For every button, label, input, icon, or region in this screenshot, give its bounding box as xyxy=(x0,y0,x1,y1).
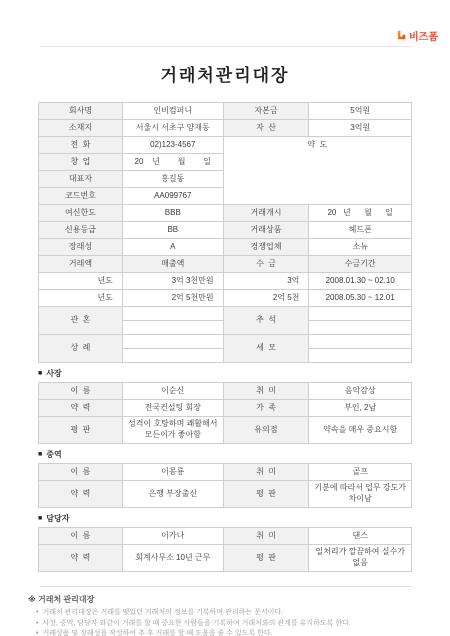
president-note-label: 유의점 xyxy=(223,417,309,444)
capital-label: 자본금 xyxy=(223,103,309,120)
executive-reputation-label: 평 판 xyxy=(223,481,309,508)
founded-label: 창 업 xyxy=(39,154,123,171)
gwanhon-blank-line xyxy=(122,321,223,335)
bizforms-logo-text: 비즈폼 xyxy=(409,28,438,43)
president-name-label: 이 름 xyxy=(39,383,123,400)
list-item: • 거래상품 및 장래성을 작성하여 추 후 거래를 할 때 도움을 줄 수 있… xyxy=(36,629,424,636)
bizforms-logo: 비즈폼 xyxy=(396,28,438,43)
prospect-label: 장래성 xyxy=(39,239,123,256)
code-value: AA099767 xyxy=(122,188,223,205)
credit-limit-label: 여신한도 xyxy=(39,205,123,222)
president-career-label: 약 력 xyxy=(39,400,123,417)
table-row: 이 름 이가나 취 미 댄스 xyxy=(39,528,412,545)
credit-rating-label: 신용등급 xyxy=(39,222,123,239)
founded-value: 20 년 월 일 xyxy=(122,154,223,171)
executive-hobby-label: 취 미 xyxy=(223,464,309,481)
section-header-manager: ■ 담당자 xyxy=(38,513,412,524)
executive-table: 이 름 이몽룡 취 미 골프 약 력 은행 부장출신 평 판 기분에 따라서 업… xyxy=(38,463,412,508)
president-name-value: 이순신 xyxy=(122,383,223,400)
year-collect-value: 2억 5천 xyxy=(223,290,309,307)
document-page: 비즈폼 거래처관리대장 회사명 인비컴퍼니 자본금 5억원 소재지 서울시 서초… xyxy=(0,0,450,636)
section-title: 담당자 xyxy=(46,513,69,524)
footer-heading: ※ 거래처 관리대장 xyxy=(28,594,424,605)
company-info-table: 회사명 인비컴퍼니 자본금 5억원 소재지 서울시 서초구 양재동 자 산 3억… xyxy=(38,102,412,363)
credit-limit-value: BBB xyxy=(122,205,223,222)
note-text: 거래처 관리대장은 거래를 맺었던 거래처의 정보를 기록하며 관리하는 문서이… xyxy=(42,608,283,619)
gwanhon-blank-line xyxy=(122,307,223,321)
table-row: 평 판 성격이 호탕하며 쾌활해서 모든이가 좋아함 유의점 약속을 매우 중요… xyxy=(39,417,412,444)
president-reputation-value: 성격이 호탕하며 쾌활해서 모든이가 좋아함 xyxy=(122,417,223,444)
company-name-label: 회사명 xyxy=(39,103,123,120)
gwanhon-label: 관 혼 xyxy=(39,307,123,335)
president-note-value: 약속을 매우 중요시함 xyxy=(309,417,412,444)
footer-notes-list: • 거래처 관리대장은 거래를 맺었던 거래처의 정보를 기록하며 관리하는 문… xyxy=(36,608,424,636)
trade-start-value: 20 년 월 일 xyxy=(309,205,412,222)
year-collect-value: 3억 xyxy=(223,273,309,290)
table-row: 여신한도 BBB 거래개시 20 년 월 일 xyxy=(39,205,412,222)
section-title: 사장 xyxy=(46,368,61,379)
semo-blank-line xyxy=(309,349,412,363)
competitor-value: 소뉴 xyxy=(309,239,412,256)
executive-career-value: 은행 부장출신 xyxy=(122,481,223,508)
manager-reputation-value: 일처리가 깔끔하여 실수가 없음 xyxy=(309,545,412,572)
square-bullet-icon: ■ xyxy=(38,451,42,458)
ceo-value: 홍길동 xyxy=(122,171,223,188)
year-label: 년도 xyxy=(39,290,123,307)
manager-table: 이 름 이가나 취 미 댄스 약 력 회계사무소 10년 근무 평 판 일처리가… xyxy=(38,527,412,572)
manager-name-value: 이가나 xyxy=(122,528,223,545)
collect-period-header: 수금기간 xyxy=(309,256,412,273)
year-label: 년도 xyxy=(39,273,123,290)
footer-heading-text: 거래처 관리대장 xyxy=(38,595,94,604)
list-item: • 거래처 관리대장은 거래를 맺었던 거래처의 정보를 기록하며 관리하는 문… xyxy=(36,608,424,619)
manager-reputation-label: 평 판 xyxy=(223,545,309,572)
trade-amount-header: 거래액 xyxy=(39,256,123,273)
page-title: 거래처관리대장 xyxy=(0,61,450,86)
sangrye-label: 상 례 xyxy=(39,335,123,363)
note-text: 사장, 중역, 담당자 와같이 거래를 할 때 중요한 사람들을 기록하여 거래… xyxy=(42,619,350,630)
manager-name-label: 이 름 xyxy=(39,528,123,545)
chuseok-blank-line xyxy=(309,321,412,335)
code-label: 코드번호 xyxy=(39,188,123,205)
year-row: 년도 2억 5천만원 2억 5천 2008.05.30 ~ 12.01 xyxy=(39,290,412,307)
trade-start-label: 거래개시 xyxy=(223,205,309,222)
header-divider xyxy=(40,46,412,47)
address-label: 소재지 xyxy=(39,120,123,137)
table-row: 이 름 이순신 취 미 음악감상 xyxy=(39,383,412,400)
president-table-wrap: 이 름 이순신 취 미 음악감상 약 력 전국컨설팅 회장 가 족 부인, 2남… xyxy=(38,382,412,444)
table-row: 상 례 세 모 xyxy=(39,335,412,349)
executive-reputation-value: 기분에 따라서 업무 강도가 차이남 xyxy=(309,481,412,508)
table-row: 신용등급 BB 거래상품 헤드폰 xyxy=(39,222,412,239)
table-row: 약 력 회계사무소 10년 근무 평 판 일처리가 깔끔하여 실수가 없음 xyxy=(39,545,412,572)
president-table: 이 름 이순신 취 미 음악감상 약 력 전국컨설팅 회장 가 족 부인, 2남… xyxy=(38,382,412,444)
credit-rating-value: BB xyxy=(122,222,223,239)
executive-career-label: 약 력 xyxy=(39,481,123,508)
president-career-value: 전국컨설팅 회장 xyxy=(122,400,223,417)
capital-value: 5억원 xyxy=(309,103,412,120)
header-row: 비즈폼 xyxy=(0,0,450,46)
semo-label: 세 모 xyxy=(223,335,309,363)
chuseok-blank-line xyxy=(309,307,412,321)
ceo-label: 대표자 xyxy=(39,171,123,188)
map-cell: 약 도 xyxy=(223,137,411,205)
year-period-value: 2008.05.30 ~ 12.01 xyxy=(309,290,412,307)
product-value: 헤드폰 xyxy=(309,222,412,239)
phone-label: 전 화 xyxy=(39,137,123,154)
table-row: 관 혼 추 석 xyxy=(39,307,412,321)
bizforms-logo-icon xyxy=(396,30,407,41)
table-row: 회사명 인비컴퍼니 자본금 5억원 xyxy=(39,103,412,120)
semo-blank-line xyxy=(309,335,412,349)
year-period-value: 2008.01.30 ~ 02.10 xyxy=(309,273,412,290)
product-label: 거래상품 xyxy=(223,222,309,239)
prospect-value: A xyxy=(122,239,223,256)
asset-label: 자 산 xyxy=(223,120,309,137)
president-reputation-label: 평 판 xyxy=(39,417,123,444)
table-row: 전 화 02)123-4567 약 도 xyxy=(39,137,412,154)
asset-value: 3억원 xyxy=(309,120,412,137)
table-row: 이 름 이몽룡 취 미 골프 xyxy=(39,464,412,481)
manager-hobby-label: 취 미 xyxy=(223,528,309,545)
reference-mark-icon: ※ xyxy=(28,595,36,604)
executive-table-wrap: 이 름 이몽룡 취 미 골프 약 력 은행 부장출신 평 판 기분에 따라서 업… xyxy=(38,463,412,508)
year-row: 년도 3억 3천만원 3억 2008.01.30 ~ 02.10 xyxy=(39,273,412,290)
note-text: 거래상품 및 장래성을 작성하여 추 후 거래를 할 때 도움을 줄 수 있도록… xyxy=(42,629,272,636)
sangrye-blank-line xyxy=(122,349,223,363)
year-sales-value: 3억 3천만원 xyxy=(122,273,223,290)
company-name-value: 인비컴퍼니 xyxy=(122,103,223,120)
sales-header: 매출액 xyxy=(122,256,223,273)
table-row: 약 력 전국컨설팅 회장 가 족 부인, 2남 xyxy=(39,400,412,417)
president-hobby-value: 음악감상 xyxy=(309,383,412,400)
table-row: 거래액 매출액 수 금 수금기간 xyxy=(39,256,412,273)
section-title: 중역 xyxy=(46,449,61,460)
year-sales-value: 2억 5천만원 xyxy=(122,290,223,307)
chuseok-label: 추 석 xyxy=(223,307,309,335)
collect-header: 수 금 xyxy=(223,256,309,273)
bullet-icon: • xyxy=(36,608,38,619)
manager-career-value: 회계사무소 10년 근무 xyxy=(122,545,223,572)
company-info-table-wrap: 회사명 인비컴퍼니 자본금 5억원 소재지 서울시 서초구 양재동 자 산 3억… xyxy=(38,102,412,363)
table-row: 약 력 은행 부장출신 평 판 기분에 따라서 업무 강도가 차이남 xyxy=(39,481,412,508)
section-header-president: ■ 사장 xyxy=(38,368,412,379)
bullet-icon: • xyxy=(36,619,38,630)
sangrye-blank-line xyxy=(122,335,223,349)
executive-hobby-value: 골프 xyxy=(309,464,412,481)
address-value: 서울시 서초구 양재동 xyxy=(122,120,223,137)
section-header-executive: ■ 중역 xyxy=(38,449,412,460)
footer-divider xyxy=(40,586,412,587)
executive-name-label: 이 름 xyxy=(39,464,123,481)
bullet-icon: • xyxy=(36,629,38,636)
list-item: • 사장, 중역, 담당자 와같이 거래를 할 때 중요한 사람들을 기록하여 … xyxy=(36,619,424,630)
phone-value: 02)123-4567 xyxy=(122,137,223,154)
table-row: 소재지 서울시 서초구 양재동 자 산 3억원 xyxy=(39,120,412,137)
square-bullet-icon: ■ xyxy=(38,515,42,522)
manager-hobby-value: 댄스 xyxy=(309,528,412,545)
table-row: 장래성 A 경쟁업체 소뉴 xyxy=(39,239,412,256)
competitor-label: 경쟁업체 xyxy=(223,239,309,256)
president-family-label: 가 족 xyxy=(223,400,309,417)
executive-name-value: 이몽룡 xyxy=(122,464,223,481)
manager-table-wrap: 이 름 이가나 취 미 댄스 약 력 회계사무소 10년 근무 평 판 일처리가… xyxy=(38,527,412,572)
president-hobby-label: 취 미 xyxy=(223,383,309,400)
footer-notes-section: ※ 거래처 관리대장 • 거래처 관리대장은 거래를 맺었던 거래처의 정보를 … xyxy=(26,586,424,636)
square-bullet-icon: ■ xyxy=(38,370,42,377)
manager-career-label: 약 력 xyxy=(39,545,123,572)
president-family-value: 부인, 2남 xyxy=(309,400,412,417)
